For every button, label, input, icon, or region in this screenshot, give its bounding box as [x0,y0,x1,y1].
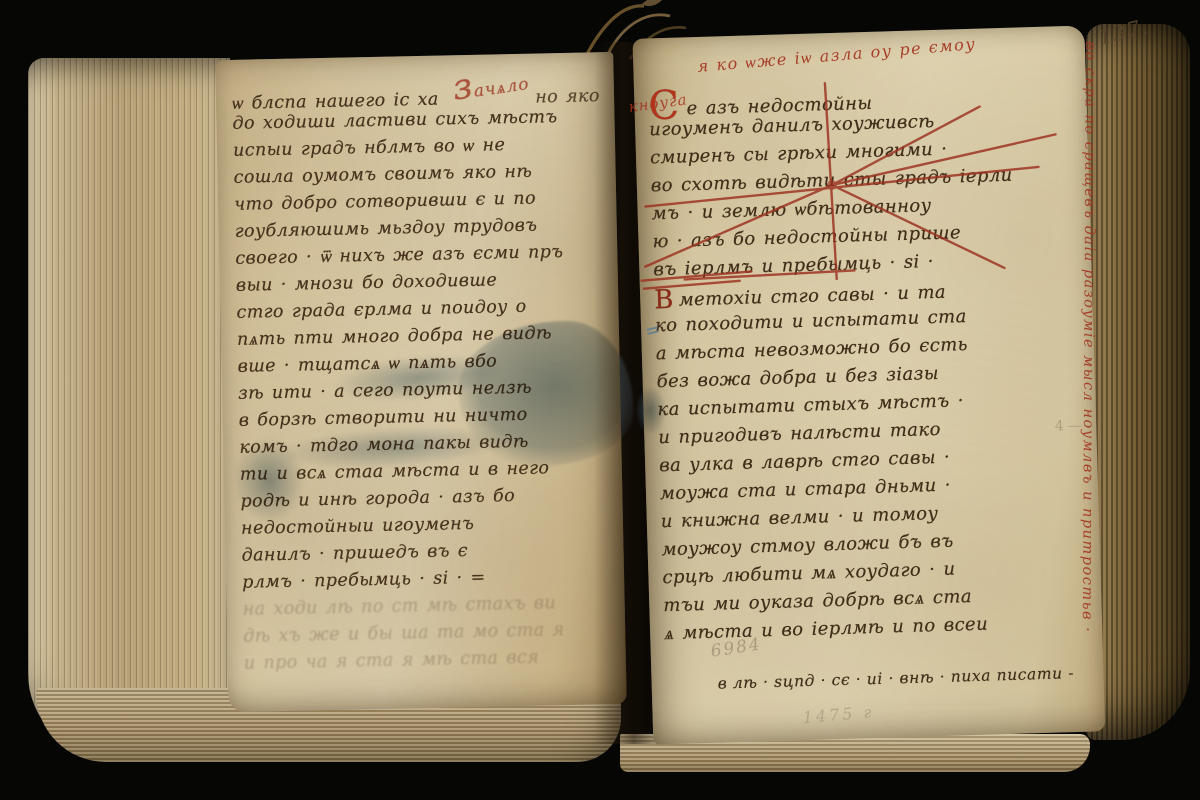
left-page-lines: до ходиши ластиви сихъ мѣстъиспыи градъ … [232,103,610,597]
left-page: ѡ блспа нашего іс хазачѧлоно яко до ходи… [215,52,627,712]
right-page-lines-2: ко походити и испытати стаа мѣста невозм… [655,300,1073,648]
left-page-text: ѡ блспа нашего іс хазачѧлоно яко до ходи… [232,76,612,678]
red-rubric-heading: я ко ѡже іѡ азла оу ре ємоу [697,26,1077,77]
right-page: я ко ѡже іѡ азла оу ре ємоу кноуга Се аз… [633,25,1106,744]
red-initial-letter-s: С [648,92,680,121]
pencil-year-1475: 1475 г [802,702,875,727]
red-margin-note: во скра по сращевъ даіа разоуміе мысл но… [1079,41,1098,681]
left-page-edge-stack [28,58,230,758]
colophon-line: в лѣ · ѕцпд · сє · иі · внѣ · пиха писат… [717,664,1074,693]
red-rubric-annotation: зачѧло [450,64,531,109]
left-page-show-through: на ходи лѣ по ст мѣ стахъ видѣ хъ же и б… [242,589,612,678]
left-first-line-tail: но яко [535,86,600,107]
pencil-margin-mark: 4 — [1055,418,1083,435]
manuscript-photo: 137. ѡ блспа нашего іс хазачѧлоно яко до… [0,0,1200,800]
red-initial-letter-v: В [654,286,674,315]
right-page-lines-1: игоуменъ данилъ хоуживсѣсмиренъ сы грѣхи… [649,104,1062,284]
right-page-text: Се азъ недостойны игоуменъ данилъ хоужив… [648,76,1072,648]
left-first-line: ѡ блспа нашего іс хазачѧлоно яко [232,76,600,111]
